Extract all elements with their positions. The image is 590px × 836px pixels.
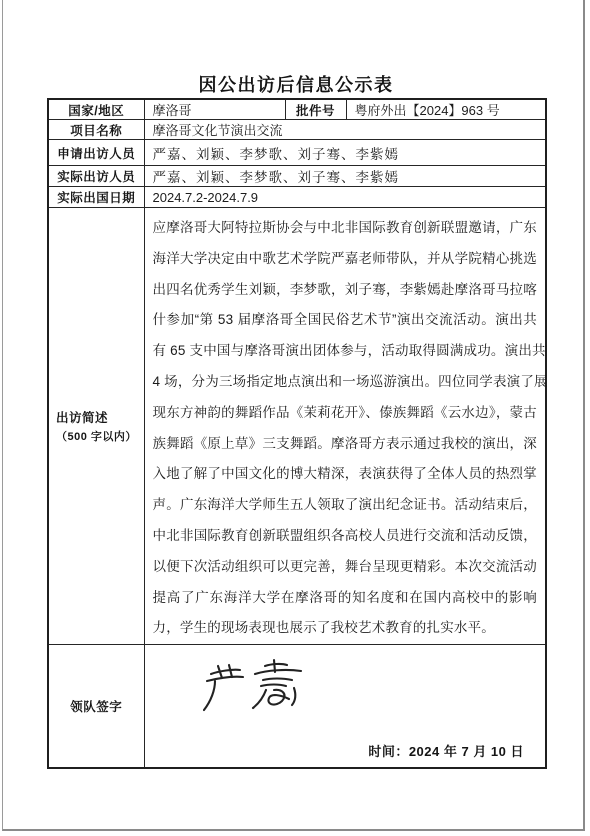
summary-line: 海洋大学决定由中歌艺术学院严嘉老师带队，并从学院精心挑选 — [153, 244, 538, 275]
summary-line: 族舞蹈《原上草》三支舞蹈。摩洛哥方表示通过我校的演出，深 — [153, 429, 538, 460]
summary-line: 力，学生的现场表现也展示了我校艺术教育的扎实水平。 — [153, 613, 538, 644]
table-row-actual-personnel: 实际出访人员 严嘉、刘颖、李梦歌、刘子骞、李紫嫣 — [48, 166, 546, 187]
project-name-label: 项目名称 — [48, 120, 144, 140]
applied-personnel-label: 申请出访人员 — [48, 140, 144, 166]
country-value: 摩洛哥 — [144, 99, 285, 120]
summary-line: 什参加“第 53 届摩洛哥全国民俗艺术节”演出交流活动。演出共 — [153, 305, 538, 336]
handwritten-signature — [203, 657, 307, 713]
scanned-page: 因公出访后信息公示表 国家/地区 摩洛哥 批件号 粤府外出【2024】963 号… — [2, 0, 585, 831]
signature-cell: 时间：2024 年 7 月 10 日 — [144, 645, 546, 768]
travel-dates-value: 2024.7.2-2024.7.9 — [144, 187, 546, 208]
travel-dates-label: 实际出国日期 — [48, 187, 144, 208]
summary-line: 现东方神韵的舞蹈作品《茉莉花开》、傣族舞蹈《云水边》，蒙古 — [153, 398, 538, 429]
summary-label-line1: 出访简述 — [56, 408, 144, 426]
summary-line: 有 65 支中国与摩洛哥演出团体参与，活动取得圆满成功。演出共 — [153, 336, 538, 367]
approval-number-value: 粤府外出【2024】963 号 — [346, 99, 546, 120]
country-label: 国家/地区 — [48, 99, 144, 120]
actual-personnel-label: 实际出访人员 — [48, 166, 144, 187]
project-name-value: 摩洛哥文化节演出交流 — [144, 120, 546, 140]
summary-text: 应摩洛哥大阿特拉斯协会与中北非国际教育创新联盟邀请，广东 海洋大学决定由中歌艺术… — [144, 208, 546, 645]
page-title: 因公出访后信息公示表 — [47, 71, 545, 97]
applied-personnel-value: 严嘉、刘颖、李梦歌、刘子骞、李紫嫣 — [144, 140, 546, 166]
summary-label: 出访简述 （500 字以内） — [48, 208, 144, 645]
table-row-dates: 实际出国日期 2024.7.2-2024.7.9 — [48, 187, 546, 208]
table-row-country: 国家/地区 摩洛哥 批件号 粤府外出【2024】963 号 — [48, 99, 546, 120]
table-row-project: 项目名称 摩洛哥文化节演出交流 — [48, 120, 546, 140]
signature-time: 时间：2024 年 7 月 10 日 — [368, 741, 524, 760]
summary-line: 入地了解了中国文化的博大精深，表演获得了全体人员的热烈掌 — [153, 459, 538, 490]
summary-label-line2: （500 字以内） — [56, 428, 144, 444]
actual-personnel-value: 严嘉、刘颖、李梦歌、刘子骞、李紫嫣 — [144, 166, 546, 187]
summary-line: 应摩洛哥大阿特拉斯协会与中北非国际教育创新联盟邀请，广东 — [153, 213, 538, 244]
summary-line: 中北非国际教育创新联盟组织各高校人员进行交流和活动反馈， — [153, 521, 538, 552]
summary-line: 声。广东海洋大学师生五人领取了演出纪念证书。活动结束后， — [153, 490, 538, 521]
disclosure-form-table: 国家/地区 摩洛哥 批件号 粤府外出【2024】963 号 项目名称 摩洛哥文化… — [47, 98, 547, 769]
table-row-signature: 领队签字 — [48, 645, 546, 768]
summary-line: 出四名优秀学生刘颖，李梦歌，刘子骞，李紫嫣赴摩洛哥马拉喀 — [153, 275, 538, 306]
approval-number-label: 批件号 — [285, 99, 346, 120]
leader-signature-label: 领队签字 — [48, 645, 144, 768]
summary-line: 以便下次活动组织可以更完善，舞台呈现更精彩。本次交流活动 — [153, 552, 538, 583]
table-row-summary: 出访简述 （500 字以内） 应摩洛哥大阿特拉斯协会与中北非国际教育创新联盟邀请… — [48, 208, 546, 645]
table-row-applied-personnel: 申请出访人员 严嘉、刘颖、李梦歌、刘子骞、李紫嫣 — [48, 140, 546, 166]
summary-line: 4 场，分为三场指定地点演出和一场巡游演出。四位同学表演了展 — [153, 367, 538, 398]
summary-line: 提高了广东海洋大学在摩洛哥的知名度和在国内高校中的影响 — [153, 583, 538, 614]
